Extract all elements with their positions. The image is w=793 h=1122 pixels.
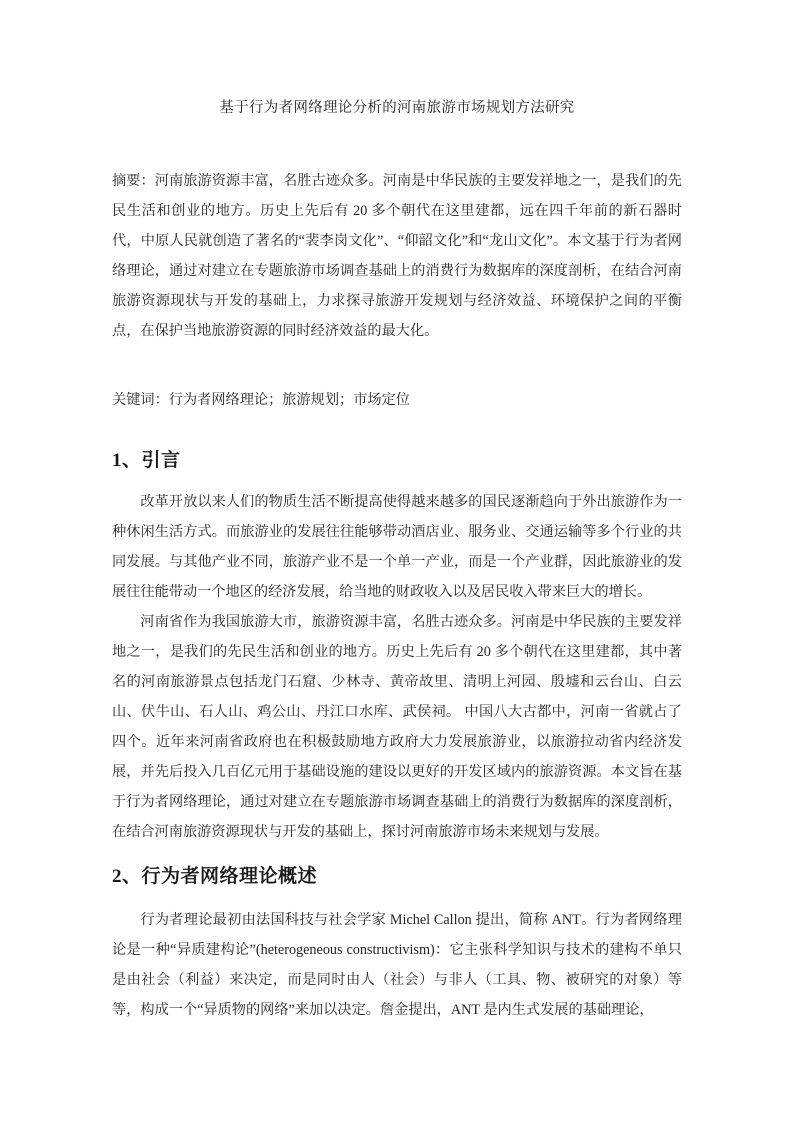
abstract-paragraph: 摘要：河南旅游资源丰富，名胜古迹众多。河南是中华民族的主要发祥地之一，是我们的先…: [112, 166, 682, 346]
ant-overview-paragraph-1: 行为者理论最初由法国科技与社会学家 Michel Callon 提出，简称 AN…: [112, 905, 682, 1025]
section-heading-ant-overview: 2、行为者网络理论概述: [112, 861, 682, 893]
introduction-paragraph-2: 河南省作为我国旅游大市，旅游资源丰富，名胜古迹众多。河南是中华民族的主要发祥地之…: [112, 607, 682, 847]
introduction-paragraph-1: 改革开放以来人们的物质生活不断提高使得越来越多的国民逐渐趋向于外出旅游作为一种休…: [112, 487, 682, 607]
document-title: 基于行为者网络理论分析的河南旅游市场规划方法研究: [112, 96, 682, 120]
section-heading-introduction: 1、引言: [112, 445, 682, 477]
keywords-line: 关键词：行为者网络理论；旅游规划；市场定位: [112, 385, 682, 415]
document-page: 基于行为者网络理论分析的河南旅游市场规划方法研究 摘要：河南旅游资源丰富，名胜古…: [0, 0, 793, 1122]
